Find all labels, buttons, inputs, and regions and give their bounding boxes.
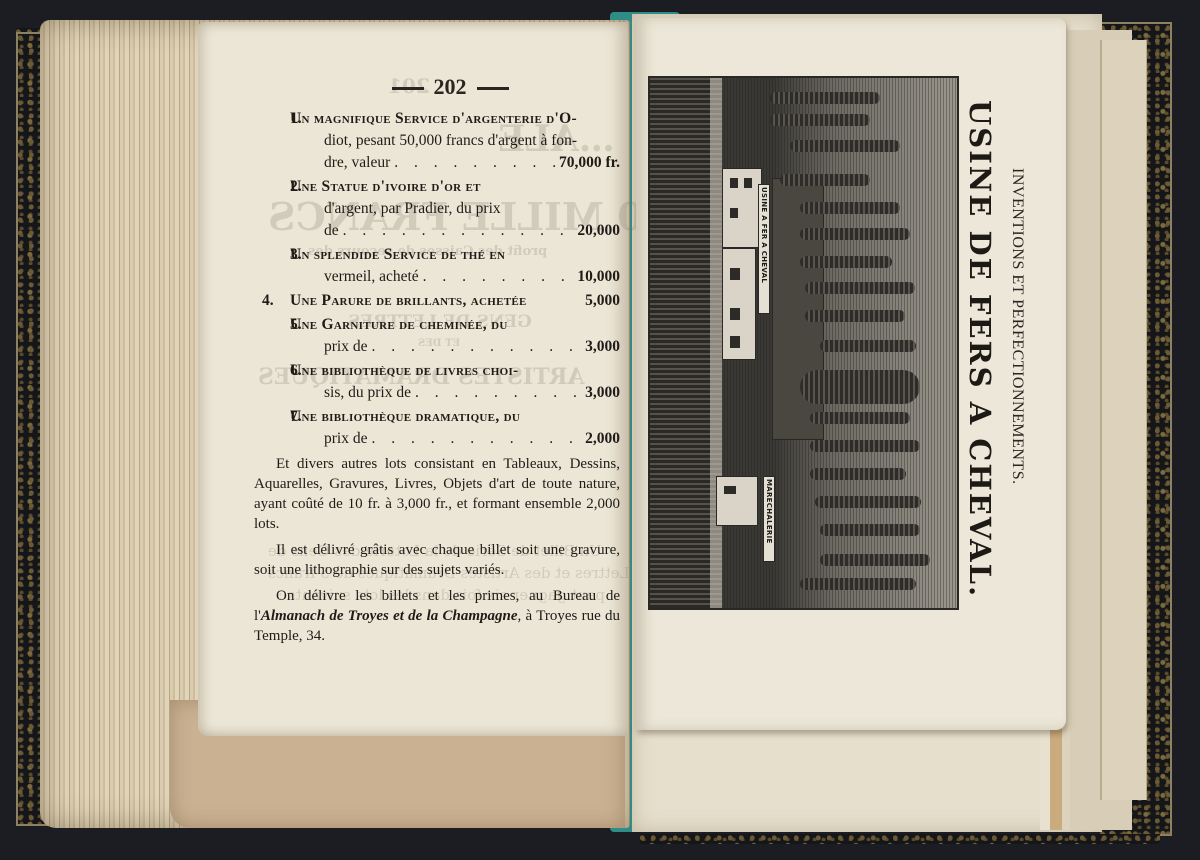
prize-leader-line: prix de . . . . . . . . . . . . . . . . … bbox=[324, 336, 620, 358]
prize-title: Une Garniture de cheminée, du bbox=[290, 314, 620, 336]
prize-leader-line: vermeil, acheté . . . . . . . . . . . . … bbox=[324, 266, 620, 288]
poplar-tree bbox=[800, 256, 892, 268]
leader-label: de bbox=[324, 220, 339, 242]
body-text: Et divers autres lots consistant en Tabl… bbox=[254, 454, 620, 646]
poplar-tree bbox=[780, 174, 870, 186]
folio-number: 202 bbox=[434, 74, 467, 99]
smithy-sign: MARECHALERIE bbox=[763, 476, 775, 562]
window bbox=[730, 308, 740, 320]
prize-value: 70,000 fr. bbox=[559, 152, 620, 174]
prize-item-7: 7. Une bibliothèque dramatique, du prix … bbox=[262, 406, 620, 450]
prize-value: 3,000 bbox=[585, 336, 620, 358]
prize-number: 3. bbox=[290, 244, 302, 266]
prize-value: 5,000 bbox=[585, 290, 620, 312]
prize-number: 2. bbox=[290, 176, 302, 198]
prize-item-6: 6. Une bibliothèque de livres choi- sis,… bbox=[262, 360, 620, 404]
prize-list: 1. Un magnifique Service d'argenterie d'… bbox=[262, 108, 620, 652]
prize-number: 1. bbox=[290, 108, 302, 130]
leader-label: prix de bbox=[324, 428, 367, 450]
window bbox=[744, 178, 752, 188]
leader-label: sis, du prix de bbox=[324, 382, 411, 404]
leader-dots: . . . . . . . . . . . . . . . . . bbox=[390, 152, 559, 174]
paragraph-ticket-office: On délivre les billets et les primes, au… bbox=[254, 586, 620, 646]
leader-label: prix de bbox=[324, 336, 367, 358]
leader-dots: . . . . . . . . . . . . . . . . . bbox=[367, 428, 585, 450]
poplar-tree bbox=[770, 92, 880, 104]
prize-title: Une Statue d'ivoire d'or et bbox=[290, 176, 620, 198]
window bbox=[730, 178, 738, 188]
paragraph-other-lots: Et divers autres lots consistant en Tabl… bbox=[254, 454, 620, 534]
poplar-tree bbox=[800, 578, 916, 590]
leader-label: dre, valeur bbox=[324, 152, 390, 174]
prize-leader-line: de . . . . . . . . . . . . . . . . . 20,… bbox=[324, 220, 620, 242]
poplar-tree bbox=[805, 310, 905, 322]
poplar-tree bbox=[810, 468, 906, 480]
prize-number: 6. bbox=[290, 360, 302, 382]
prize-item-1: 1. Un magnifique Service d'argenterie d'… bbox=[262, 108, 620, 174]
page-number: 202 bbox=[360, 74, 540, 100]
engraving-title: USINE DE FERS A CHEVAL. bbox=[963, 100, 997, 600]
prize-title: Un magnifique Service d'argenterie d'O- bbox=[290, 108, 620, 130]
factory-building bbox=[722, 168, 762, 248]
prize-item-3: 3. Un splendide Service de thé en vermei… bbox=[262, 244, 620, 288]
tree-cluster bbox=[800, 370, 920, 404]
prize-leader-line: prix de . . . . . . . . . . . . . . . . … bbox=[324, 428, 620, 450]
section-caption: INVENTIONS ET PERFECTIONNEMENTS. bbox=[1008, 168, 1026, 528]
leader-dots: . . . . . . . . . . . . . . . . . bbox=[339, 220, 578, 242]
prize-text: diot, pesant 50,000 francs d'argent à fo… bbox=[324, 130, 620, 152]
prize-text: d'argent, par Pradier, du prix bbox=[324, 198, 620, 220]
leader-dots: . . . . . . . . . . . . . . . . . bbox=[367, 336, 585, 358]
engraving-road bbox=[710, 78, 722, 608]
prize-item-5: 5. Une Garniture de cheminée, du prix de… bbox=[262, 314, 620, 358]
poplar-tree bbox=[805, 282, 915, 294]
prize-value: 2,000 bbox=[585, 428, 620, 450]
poplar-tree bbox=[815, 496, 921, 508]
leader-dots: . . . . . . . . . . . . . . . . . bbox=[419, 266, 578, 288]
window bbox=[730, 208, 738, 218]
folio-dash-left bbox=[392, 87, 424, 90]
folded-paper-strip bbox=[1100, 40, 1147, 800]
prize-value: 10,000 bbox=[577, 266, 620, 288]
poplar-tree bbox=[820, 524, 920, 536]
prize-title: Un splendide Service de thé en bbox=[290, 244, 620, 266]
window bbox=[724, 486, 736, 494]
poplar-tree bbox=[820, 340, 916, 352]
window bbox=[730, 336, 740, 348]
prize-number: 7. bbox=[290, 406, 302, 428]
smithy-building bbox=[716, 476, 758, 526]
leader-label: vermeil, acheté bbox=[324, 266, 419, 288]
folio-dash-right bbox=[477, 87, 509, 90]
poplar-tree bbox=[800, 228, 910, 240]
prize-item-4: 4. Une Parure de brillants, achetée 5,00… bbox=[262, 290, 620, 312]
leader-dots: . . . . . . . . . . . . . . . . . bbox=[411, 382, 585, 404]
poplar-tree bbox=[800, 202, 900, 214]
engraving-illustration: USINE A FER A CHEVAL MARECHALERIE bbox=[648, 76, 959, 610]
window bbox=[730, 268, 740, 280]
poplar-tree bbox=[820, 554, 930, 566]
paragraph-free-engraving: Il est délivré grâtis avec chaque billet… bbox=[254, 540, 620, 580]
prize-title: Une bibliothèque de livres choi- bbox=[290, 360, 620, 382]
prize-leader-line: dre, valeur . . . . . . . . . . . . . . … bbox=[324, 152, 620, 174]
poplar-tree bbox=[790, 140, 900, 152]
prize-number: 4. bbox=[262, 290, 274, 312]
prize-value: 3,000 bbox=[585, 382, 620, 404]
prize-number: 5. bbox=[290, 314, 302, 336]
prize-leader-line: Une Parure de brillants, achetée 5,000 bbox=[290, 290, 620, 312]
prize-title: Une bibliothèque dramatique, du bbox=[290, 406, 620, 428]
poplar-tree bbox=[810, 412, 910, 424]
almanach-title: Almanach de Troyes et de la Champagne bbox=[261, 608, 518, 624]
poplar-tree bbox=[810, 440, 920, 452]
prize-leader-line: sis, du prix de . . . . . . . . . . . . … bbox=[324, 382, 620, 404]
prize-value: 20,000 bbox=[577, 220, 620, 242]
leader-label: Une Parure de brillants, achetée bbox=[290, 290, 527, 312]
prize-item-2: 2. Une Statue d'ivoire d'or et d'argent,… bbox=[262, 176, 620, 242]
factory-sign: USINE A FER A CHEVAL bbox=[758, 184, 770, 314]
cover-board-bottom bbox=[640, 834, 1160, 844]
poplar-tree bbox=[770, 114, 870, 126]
